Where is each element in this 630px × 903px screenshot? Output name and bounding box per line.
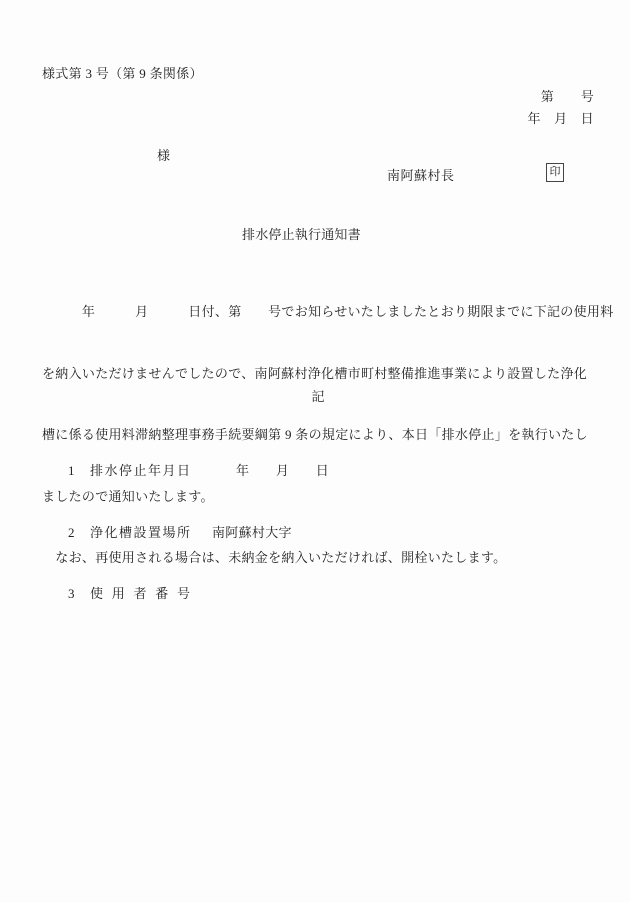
item-label: 排水停止年月日 — [90, 461, 190, 482]
item-row-1: 1 排水停止年月日 年 月 日 — [68, 461, 329, 482]
addressee-suffix: 様 — [157, 145, 170, 164]
record-items: 1 排水停止年月日 年 月 日 2 浄化槽設置場所 南阿蘇村大字 3 使用者番号 — [68, 420, 329, 646]
document-title: 排水停止執行通知書 — [242, 224, 361, 243]
item-label: 使用者番号 — [90, 584, 190, 605]
item-number: 1 — [68, 461, 90, 482]
form-number: 様式第 3 号（第 9 条関係） — [42, 63, 203, 82]
document-number-line: 第 号 — [541, 86, 594, 105]
item-number: 2 — [68, 523, 90, 544]
item-number: 3 — [68, 584, 90, 605]
item-value: 南阿蘇村大字 — [212, 523, 292, 544]
item-value: 年 月 日 — [236, 461, 329, 482]
body-line-1: 年 月 日付、第 号でお知らせいたしましたとおり期限までに下記の使用料 — [42, 302, 602, 323]
item-row-3: 3 使用者番号 — [68, 584, 329, 605]
seal-mark: 印 — [546, 163, 564, 182]
record-heading: 記 — [42, 386, 594, 405]
notice-document-page: 様式第 3 号（第 9 条関係） 第 号 年 月 日 様 南阿蘇村長 印 排水停… — [0, 0, 630, 903]
date-line: 年 月 日 — [527, 108, 594, 127]
sender-title: 南阿蘇村長 — [387, 165, 455, 184]
item-row-2: 2 浄化槽設置場所 南阿蘇村大字 — [68, 523, 329, 544]
body-line-2: を納入いただけませんでしたので、南阿蘇村浄化槽市町村整備推進事業により設置した浄… — [42, 364, 602, 385]
item-label: 浄化槽設置場所 — [90, 523, 190, 544]
